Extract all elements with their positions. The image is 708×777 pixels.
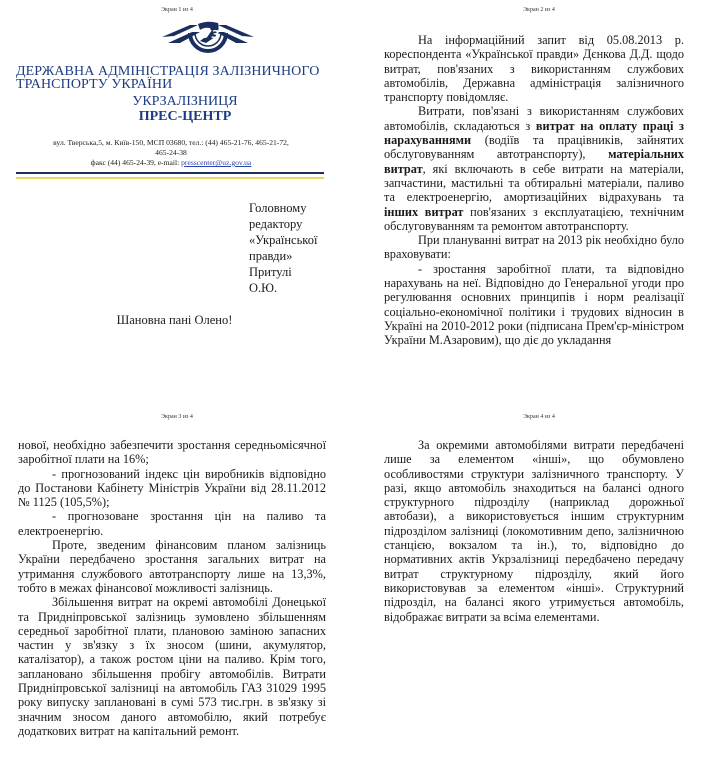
page-number: Экран 4 из 4 xyxy=(370,414,708,420)
contact-address: вул. Тверська,5, м. Київ-150, МСП 03680,… xyxy=(16,138,326,168)
letter-body: нової, необхідно забезпечити зростання с… xyxy=(18,438,326,738)
email-link[interactable]: presscenter@uz.gov.ua xyxy=(181,158,251,167)
divider-yellow xyxy=(16,177,324,179)
page-number: Экран 2 из 4 xyxy=(370,7,708,13)
letter-body: За окремими автомобілями витрати передба… xyxy=(384,438,684,624)
divider-blue xyxy=(16,172,324,174)
press-center-title: ПРЕС-ЦЕНТР xyxy=(0,109,330,125)
svg-text:УЗ: УЗ xyxy=(203,28,219,41)
letter-body: На інформаційний запит від 05.08.2013 р.… xyxy=(384,33,684,348)
organization-name: ДЕРЖАВНА АДМІНІСТРАЦІЯ ЗАЛІЗНИЧНОГО ТРАН… xyxy=(16,65,319,91)
paragraph: Витрати, пов'язані з використанням служб… xyxy=(384,104,684,233)
organization-subname: УКРЗАЛІЗНИЦЯ xyxy=(0,95,330,109)
page-4: Экран 4 из 4 За окремими автомобілями ви… xyxy=(370,395,708,777)
paragraph: При плануванні витрат на 2013 рік необхі… xyxy=(384,233,684,262)
page-3: Экран 3 из 4 нової, необхідно забезпечит… xyxy=(0,395,354,777)
paragraph: Збільшення витрат на окремі автомобілі Д… xyxy=(18,595,326,738)
page-number: Экран 1 из 4 xyxy=(0,7,354,13)
recipient-block: Головному редактору «Української правди»… xyxy=(249,200,317,296)
paragraph: - прогнозований індекс цін виробників ві… xyxy=(18,467,326,510)
paragraph: Проте, зведеним фінансовим планом залізн… xyxy=(18,538,326,595)
paragraph: За окремими автомобілями витрати передба… xyxy=(384,438,684,624)
page-2: Экран 2 из 4 На інформаційний запит від … xyxy=(370,0,708,390)
page-number: Экран 3 из 4 xyxy=(0,414,354,420)
greeting: Шановна пані Олено! xyxy=(0,313,354,328)
paragraph: - зростання заробітної плати, та відпові… xyxy=(384,262,684,348)
paragraph: На інформаційний запит від 05.08.2013 р.… xyxy=(384,33,684,104)
uz-railway-logo-icon: УЗ xyxy=(160,19,256,57)
paragraph: - прогнозоване зростання цін на паливо т… xyxy=(18,509,326,538)
page-1: Экран 1 из 4 УЗ ДЕРЖАВНА АДМІНІСТРАЦІЯ З… xyxy=(0,0,354,390)
paragraph: нової, необхідно забезпечити зростання с… xyxy=(18,438,326,467)
